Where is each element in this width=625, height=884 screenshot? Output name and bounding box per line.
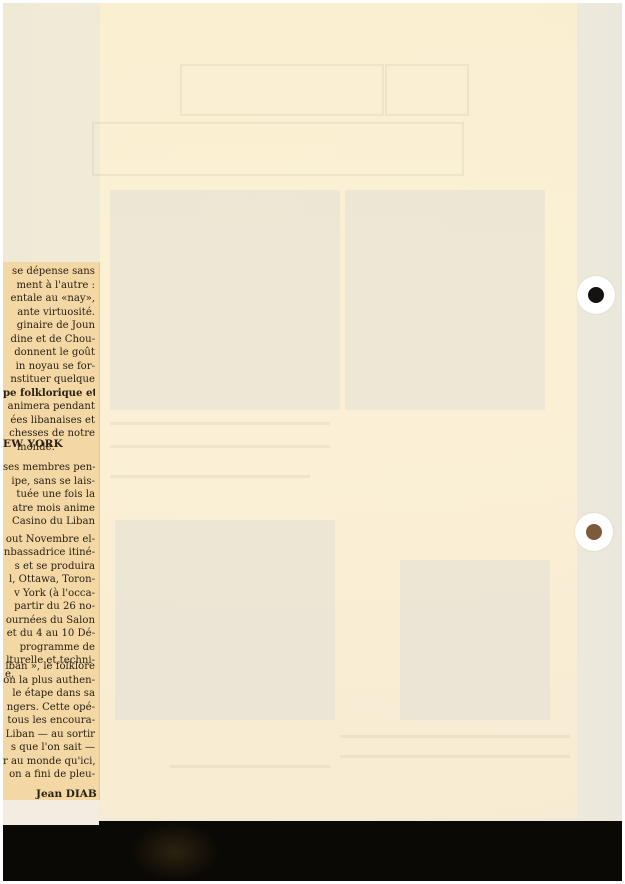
punch-hole-bottom xyxy=(575,513,613,551)
scan-shadow xyxy=(130,822,220,881)
bleed-through-caption xyxy=(110,445,330,448)
text-line: Liban — au sortir xyxy=(3,728,95,742)
text-line: tous les encoura- xyxy=(3,714,95,728)
bleed-through-headline-box xyxy=(92,122,464,176)
bleed-through-caption xyxy=(340,755,570,758)
text-line: l, Ottawa, Toron- xyxy=(3,573,95,587)
bleed-through-photo xyxy=(115,520,335,720)
text-line: dine et de Chou- xyxy=(3,333,95,347)
bleed-through-box xyxy=(385,64,469,116)
text-line: on a fini de pleu- xyxy=(3,768,95,782)
bleed-through-caption xyxy=(110,475,310,478)
text-line: ngers. Cette opé- xyxy=(3,701,95,715)
text-line: ournées du Salon xyxy=(3,614,95,628)
text-line: et du 4 au 10 Dé- xyxy=(3,627,95,641)
bleed-through-photo xyxy=(345,190,545,410)
text-line: animera pendant xyxy=(3,400,95,414)
clipping-margin xyxy=(3,800,99,825)
text-line: s et se produira xyxy=(3,560,95,574)
clipping-paragraph-3: iban », le folklore on la plus authen- l… xyxy=(3,660,95,782)
text-line: programme de xyxy=(3,641,95,655)
text-line: ante virtuosité. xyxy=(3,306,95,320)
hole-center xyxy=(588,287,604,303)
text-line: nbassadrice itiné- xyxy=(3,546,95,560)
punch-hole-top xyxy=(577,276,615,314)
text-line: on la plus authen- xyxy=(3,674,95,688)
text-line: partir du 26 no- xyxy=(3,600,95,614)
text-line: ipe, sans se lais- xyxy=(3,475,95,489)
text-line: ginaire de Joun xyxy=(3,319,95,333)
text-line: atre mois anime xyxy=(3,502,95,516)
text-line: nstituer quelque xyxy=(3,373,95,387)
text-line: out Novembre el- xyxy=(3,533,95,547)
text-line: r au monde qu'ici, xyxy=(3,755,95,769)
text-line: in noyau se for- xyxy=(3,360,95,374)
text-line: se dépense sans xyxy=(3,265,95,279)
bleed-through-box xyxy=(180,64,384,116)
text-line: Casino du Liban xyxy=(3,515,95,529)
section-heading: EW YORK xyxy=(3,438,63,450)
bleed-through-photo xyxy=(400,560,550,720)
text-line: entale au «nay», xyxy=(3,292,95,306)
hole-center xyxy=(586,524,602,540)
clipping-paragraph-2: ses membres pen- ipe, sans se lais- tuée… xyxy=(3,461,95,681)
text-line: s que l'on sait — xyxy=(3,741,95,755)
clipping-paragraph-1: se dépense sans ment à l'autre : entale … xyxy=(3,265,95,454)
text-line: v York (à l'occa- xyxy=(3,587,95,601)
text-line: le étape dans sa xyxy=(3,687,95,701)
text-line: donnent le goût xyxy=(3,346,95,360)
text-line: ées libanaises et xyxy=(3,414,95,428)
bleed-through-caption xyxy=(170,765,330,768)
bleed-through-caption xyxy=(340,735,570,738)
bleed-through-photo xyxy=(110,190,340,410)
text-line: pe folklorique et xyxy=(3,387,95,401)
text-line: ses membres pen- xyxy=(3,461,95,475)
text-line: tuée une fois la xyxy=(3,488,95,502)
text-line: ment à l'autre : xyxy=(3,279,95,293)
text-line: iban », le folklore xyxy=(3,660,95,674)
bleed-through-caption xyxy=(110,422,330,425)
author-byline: Jean DIAB xyxy=(36,788,97,800)
